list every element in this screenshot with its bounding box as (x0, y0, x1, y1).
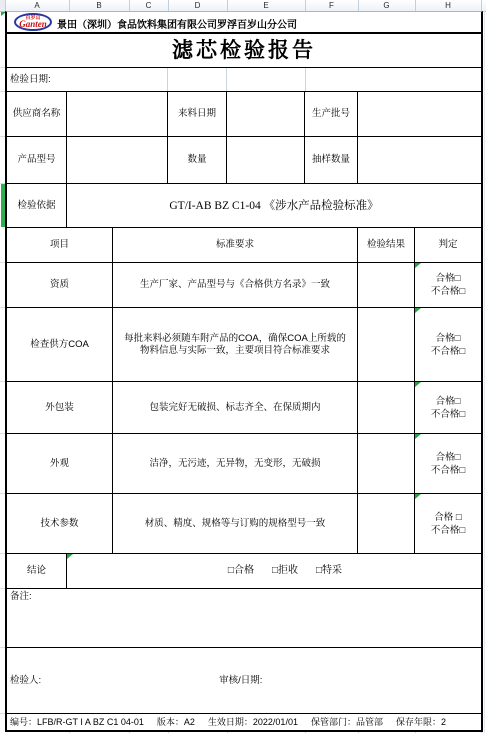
supplier-row: 供应商名称 来料日期 生产批号 (7, 92, 481, 137)
header-result: 检验结果 (358, 228, 415, 262)
judgment-cell[interactable]: 合格 □ 不合格□ (415, 494, 481, 553)
requirement-text: 每批来料必须随车附产品的COA，确保COA上所载的物料信息与实际一致，主要项目符… (113, 333, 357, 357)
basis-label: 检验依据 (7, 184, 67, 227)
remarks-row: 备注: (7, 589, 481, 648)
company-name: 景田（深圳）食品饮料集团有限公司罗浮百岁山分公司 (57, 12, 297, 34)
result-cell[interactable] (358, 382, 415, 433)
result-cell[interactable] (358, 263, 415, 307)
requirement-text: 生产厂家、产品型号与《合格供方名录》一致 (113, 263, 358, 307)
result-cell[interactable] (358, 308, 415, 381)
inspection-date-label: 检验日期: (7, 68, 168, 91)
logo-english-text: Ganten (16, 20, 50, 29)
conclusion-option-concession[interactable]: □特采 (316, 565, 342, 577)
judgment-fail-option[interactable]: 不合格□ (431, 345, 465, 358)
judgment-cell[interactable]: 合格□ 不合格□ (415, 308, 481, 381)
judgment-fail-option[interactable]: 不合格□ (431, 408, 465, 421)
item-label: 技术参数 (7, 494, 113, 553)
requirement-text: 材质、精度、规格等与订购的规格型号一致 (113, 494, 358, 553)
quantity-value-cell[interactable] (227, 137, 305, 183)
inspection-basis-row: 检验依据 GT/I-AB BZ C1-04 《涉水产品检验标准》 (7, 184, 481, 228)
remarks-cell[interactable]: 备注: (7, 589, 481, 647)
signoff-row: 检验人: 审核/日期: (7, 648, 481, 714)
sample-qty-value-cell[interactable] (358, 137, 481, 183)
header-item: 项目 (7, 228, 113, 262)
item-label: 外观 (7, 434, 113, 493)
inspection-date-cell[interactable] (306, 68, 481, 91)
spreadsheet-view: A B C D E F G H 百岁山 Ganten 景田（深圳）食 (0, 0, 486, 733)
header-requirement: 标准要求 (113, 228, 358, 262)
ganten-logo: 百岁山 Ganten (14, 13, 52, 31)
error-indicator-icon (415, 382, 421, 387)
batch-label: 生产批号 (305, 92, 358, 136)
error-indicator-icon (415, 263, 421, 268)
inspection-date-row: 检验日期: (7, 68, 481, 92)
inspector-label: 检验人: (10, 675, 41, 687)
error-indicator-icon (415, 308, 421, 313)
incoming-date-value-cell[interactable] (227, 92, 305, 136)
error-indicator-icon (415, 494, 421, 499)
doc-retention: 保存年限：2 (396, 716, 446, 728)
remarks-label: 备注: (10, 591, 32, 603)
doc-version: 版本：A2 (157, 716, 195, 728)
column-header-e[interactable]: E (227, 0, 306, 11)
model-label: 产品型号 (7, 137, 67, 183)
conclusion-row: 结论 □合格 □拒收 □特采 (7, 554, 481, 589)
doc-effective-date: 生效日期：2022/01/01 (208, 716, 298, 728)
judgment-fail-option[interactable]: 不合格□ (431, 285, 465, 298)
column-header-c[interactable]: C (129, 0, 169, 11)
inspection-date-cell[interactable] (168, 68, 227, 91)
doc-control-cell: 编号：LFB/R-GT I A BZ C1 04-01 版本：A2 生效日期：2… (7, 714, 481, 730)
sheet-gridline (484, 11, 485, 733)
header-judgment: 判定 (415, 228, 481, 262)
conclusion-option-reject[interactable]: □拒收 (272, 565, 298, 577)
result-cell[interactable] (358, 494, 415, 553)
inspection-form: 百岁山 Ganten 景田（深圳）食品饮料集团有限公司罗浮百岁山分公司 滤芯检验… (5, 11, 483, 732)
model-value-cell[interactable] (67, 137, 168, 183)
error-indicator-icon (67, 554, 73, 559)
batch-value-cell[interactable] (358, 92, 481, 136)
column-header-g[interactable]: G (358, 0, 416, 11)
basis-value: GT/I-AB BZ C1-04 《涉水产品检验标准》 (67, 184, 481, 227)
judgment-pass-option[interactable]: 合格□ (431, 272, 465, 285)
inspection-date-cell[interactable] (227, 68, 306, 91)
error-indicator-icon (415, 434, 421, 439)
table-row: 检查供方COA 每批来料必须随车附产品的COA，确保COA上所载的物料信息与实际… (7, 308, 481, 382)
item-label: 检查供方COA (7, 308, 113, 381)
table-row: 外观 洁净，无污迹，无异物，无变形，无破损 合格□ 不合格□ (7, 434, 481, 494)
company-header-row: 百岁山 Ganten 景田（深圳）食品饮料集团有限公司罗浮百岁山分公司 (7, 12, 481, 34)
doc-control-row: 编号：LFB/R-GT I A BZ C1 04-01 版本：A2 生效日期：2… (7, 714, 481, 730)
supplier-label: 供应商名称 (7, 92, 67, 136)
table-row: 外包装 包装完好无破损、标志齐全、在保质期内 合格□ 不合格□ (7, 382, 481, 434)
requirement-text: 包装完好无破损、标志齐全、在保质期内 (113, 382, 358, 433)
result-cell[interactable] (358, 434, 415, 493)
title-row: 滤芯检验报告 (7, 34, 481, 68)
item-label: 外包装 (7, 382, 113, 433)
conclusion-option-pass[interactable]: □合格 (228, 565, 254, 577)
judgment-pass-option[interactable]: 合格□ (431, 395, 465, 408)
page-title: 滤芯检验报告 (7, 34, 481, 67)
conclusion-label: 结论 (7, 554, 67, 588)
reviewer-label: 审核/日期: (219, 675, 262, 687)
doc-number: 编号：LFB/R-GT I A BZ C1 04-01 (10, 716, 144, 728)
sample-qty-label: 抽样数量 (305, 137, 358, 183)
product-model-row: 产品型号 数量 抽样数量 (7, 137, 481, 184)
judgment-cell[interactable]: 合格□ 不合格□ (415, 434, 481, 493)
column-header-b[interactable]: B (69, 0, 130, 11)
judgment-pass-option[interactable]: 合格□ (431, 332, 465, 345)
item-label: 资质 (7, 263, 113, 307)
column-header-f[interactable]: F (305, 0, 359, 11)
quantity-label: 数量 (168, 137, 227, 183)
judgment-pass-option[interactable]: 合格 □ (431, 511, 465, 524)
judgment-fail-option[interactable]: 不合格□ (431, 464, 465, 477)
conclusion-value-cell[interactable]: □合格 □拒收 □特采 (67, 554, 481, 588)
items-header-row: 项目 标准要求 检验结果 判定 (7, 228, 481, 263)
table-row: 资质 生产厂家、产品型号与《合格供方名录》一致 合格□ 不合格□ (7, 263, 481, 308)
signoff-cell[interactable]: 检验人: 审核/日期: (7, 648, 481, 713)
judgment-pass-option[interactable]: 合格□ (431, 451, 465, 464)
column-header-h[interactable]: H (415, 0, 482, 11)
column-header-d[interactable]: D (168, 0, 228, 11)
doc-department: 保管部门：品管部 (311, 716, 383, 728)
table-row: 技术参数 材质、精度、规格等与订购的规格型号一致 合格 □ 不合格□ (7, 494, 481, 554)
requirement-text: 洁净，无污迹，无异物，无变形，无破损 (113, 434, 358, 493)
judgment-fail-option[interactable]: 不合格□ (431, 524, 465, 537)
supplier-value-cell[interactable] (67, 92, 168, 136)
incoming-date-label: 来料日期 (168, 92, 227, 136)
column-header-a[interactable]: A (5, 0, 70, 11)
judgment-cell[interactable]: 合格□ 不合格□ (415, 382, 481, 433)
judgment-cell[interactable]: 合格□ 不合格□ (415, 263, 481, 307)
